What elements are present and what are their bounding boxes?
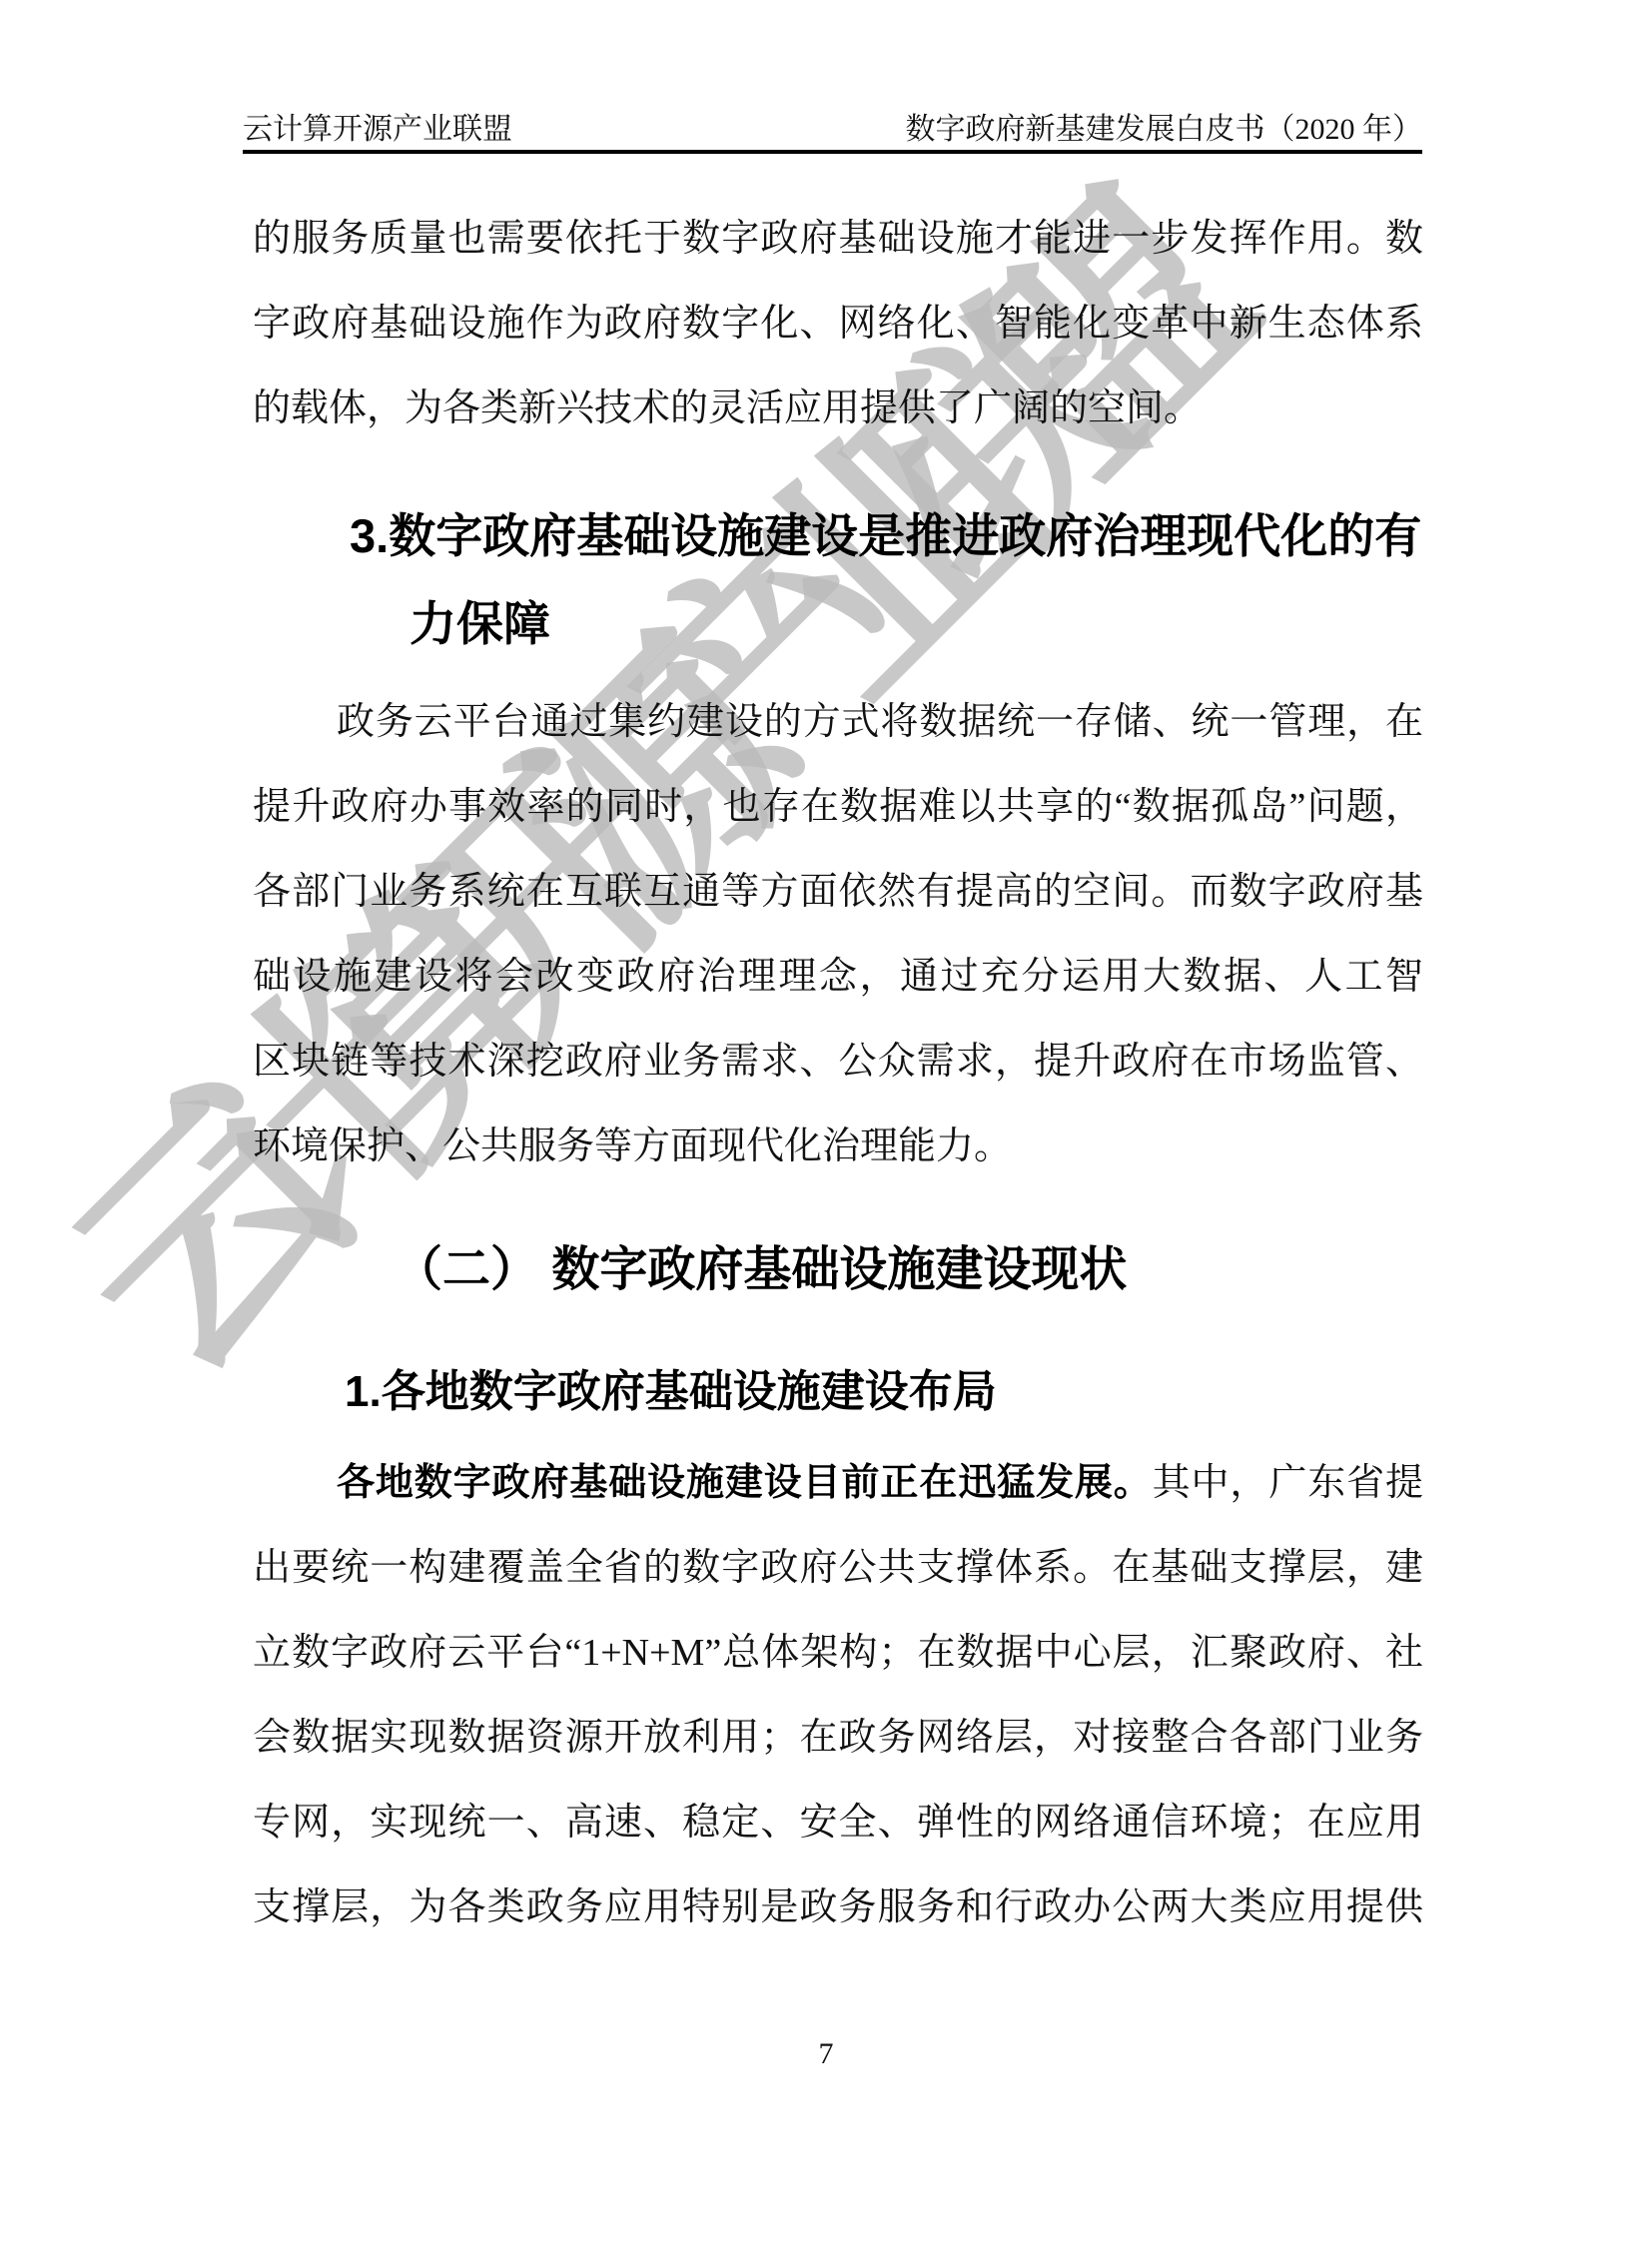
heading-section-3: 3.数字政府基础设施建设是推进政府治理现代化的有 力保障 (253, 492, 1423, 668)
heading-sub-1: 1.各地数字政府基础设施建设布局 (253, 1348, 1515, 1436)
heading-line: 力保障 (253, 580, 1423, 668)
paragraph-2: 政务云平台通过集约建设的方式将数据统一存储、统一管理，在 提升政府办事效率的同时… (253, 680, 1423, 1189)
paragraph-3: 各地数字政府基础设施建设目前正在迅猛发展。其中，广东省提 出要统一构建覆盖全省的… (253, 1441, 1423, 1950)
paragraph-line: 提升政府办事效率的同时，也存在数据难以共享的“数据孤岛”问题， (253, 765, 1423, 850)
page-number: 7 (819, 2037, 834, 2070)
page-footer: 7 (0, 2037, 1652, 2071)
paragraph-line: 各地数字政府基础设施建设目前正在迅猛发展。其中，广东省提 (253, 1441, 1423, 1526)
paragraph-line: 字政府基础设施作为政府数字化、网络化、智能化变革中新生态体系 (253, 282, 1423, 367)
paragraph-line: 环境保护、公共服务等方面现代化治理能力。 (253, 1105, 1423, 1189)
paragraph-line: 的载体，为各类新兴技术的灵活应用提供了广阔的空间。 (253, 367, 1423, 451)
heading-section-2-2: （二） 数字政府基础设施建设现状 (253, 1224, 1565, 1316)
paragraph-line-tail: 其中，广东省提 (1153, 1462, 1423, 1504)
heading-line: 3.数字政府基础设施建设是推进政府治理现代化的有 (253, 492, 1423, 580)
paragraph-line: 专网，实现统一、高速、稳定、安全、弹性的网络通信环境；在应用 (253, 1781, 1423, 1866)
paragraph-line: 支撑层，为各类政务应用特别是政务服务和行政办公两大类应用提供 (253, 1866, 1423, 1950)
header-right-text: 数字政府新基建发展白皮书（2020 年） (906, 112, 1423, 148)
paragraph-bold-lead: 各地数字政府基础设施建设目前正在迅猛发展。 (337, 1462, 1153, 1504)
paragraph-line: 立数字政府云平台“1+N+M”总体架构；在数据中心层，汇聚政府、社 (253, 1611, 1423, 1696)
header-divider-rule (243, 150, 1422, 154)
paragraph-line: 础设施建设将会改变政府治理理念，通过充分运用大数据、人工智能、 (253, 935, 1423, 1020)
paragraph-line: 区块链等技术深挖政府业务需求、公众需求，提升政府在市场监管、 (253, 1020, 1423, 1105)
header-left-text: 云计算开源产业联盟 (243, 112, 512, 148)
document-page: 云计算开源产业联盟 云计算开源产业联盟 数字政府新基建发展白皮书（2020 年）… (0, 0, 1652, 2242)
paragraph-line: 各部门业务系统在互联互通等方面依然有提高的空间。而数字政府基 (253, 850, 1423, 935)
paragraph-line: 的服务质量也需要依托于数字政府基础设施才能进一步发挥作用。数 (253, 197, 1423, 282)
paragraph-1: 的服务质量也需要依托于数字政府基础设施才能进一步发挥作用。数 字政府基础设施作为… (253, 197, 1423, 451)
page-header: 云计算开源产业联盟 数字政府新基建发展白皮书（2020 年） (243, 112, 1422, 148)
paragraph-line: 政务云平台通过集约建设的方式将数据统一存储、统一管理，在 (253, 680, 1423, 765)
paragraph-line: 会数据实现数据资源开放利用；在政务网络层，对接整合各部门业务 (253, 1696, 1423, 1781)
paragraph-line: 出要统一构建覆盖全省的数字政府公共支撑体系。在基础支撑层，建 (253, 1526, 1423, 1611)
